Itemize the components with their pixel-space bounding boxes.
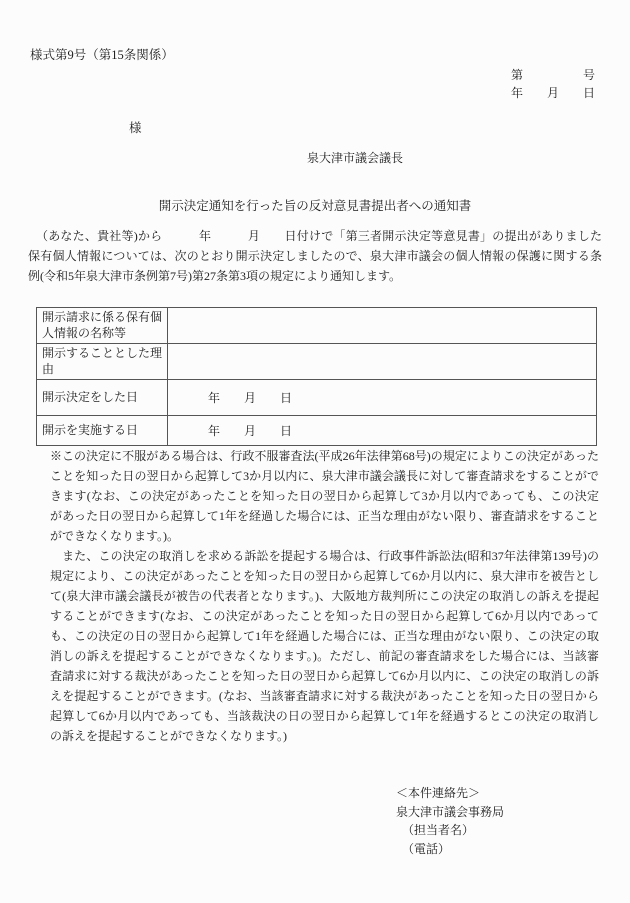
row-value: [168, 308, 597, 344]
contact-office: 泉大津市議会事務局: [396, 803, 504, 822]
note-paragraph-lawsuit: また、この決定の取消しを求める訴訟を提起する場合は、行政事件訴訟法(昭和37年法…: [50, 546, 599, 746]
document-number-line: 第 号: [511, 66, 595, 83]
sender-name: 泉大津市議会議長: [307, 149, 403, 166]
row-value-date: 年 月 日: [168, 380, 597, 416]
disclosure-info-table: 開示請求に係る保有個人情報の名称等 開示することとした理由 開示決定をした日 年…: [36, 307, 597, 446]
row-value: [168, 344, 597, 380]
row-value-date: 年 月 日: [168, 416, 597, 446]
table-row-decision-date: 開示決定をした日 年 月 日: [37, 380, 597, 416]
row-label: 開示決定をした日: [37, 380, 168, 416]
appeal-notes-block: ※この決定に不服がある場合は、行政不服審査法(平成26年法律第68号)の規定によ…: [50, 446, 599, 746]
contact-block: ＜本件連絡先＞ 泉大津市議会事務局 （担当者名） （電話）: [396, 784, 504, 858]
row-label: 開示することとした理由: [37, 344, 168, 380]
intro-paragraph: （あなた、貴社等)から 年 月 日付けで「第三者開示決定等意見書」の提出がありま…: [28, 226, 602, 286]
form-number: 様式第9号（第15条関係）: [30, 45, 174, 63]
document-page: 様式第9号（第15条関係） 第 号 年 月 日 様 泉大津市議会議長 開示決定通…: [0, 0, 630, 903]
addressee-honorific: 様: [129, 118, 142, 136]
note-paragraph-administrative-appeal: ※この決定に不服がある場合は、行政不服審査法(平成26年法律第68号)の規定によ…: [50, 446, 599, 546]
row-label: 開示請求に係る保有個人情報の名称等: [37, 308, 168, 344]
table-row-information-name: 開示請求に係る保有個人情報の名称等: [37, 308, 597, 344]
table-row-implementation-date: 開示を実施する日 年 月 日: [37, 416, 597, 446]
contact-person: （担当者名）: [396, 821, 504, 840]
document-date-line: 年 月 日: [511, 84, 595, 101]
row-label: 開示を実施する日: [37, 416, 168, 446]
contact-phone: （電話）: [396, 840, 504, 859]
document-title: 開示決定通知を行った旨の反対意見書提出者への通知書: [0, 196, 630, 214]
contact-header: ＜本件連絡先＞: [396, 784, 504, 803]
table-row-disclosure-reason: 開示することとした理由: [37, 344, 597, 380]
